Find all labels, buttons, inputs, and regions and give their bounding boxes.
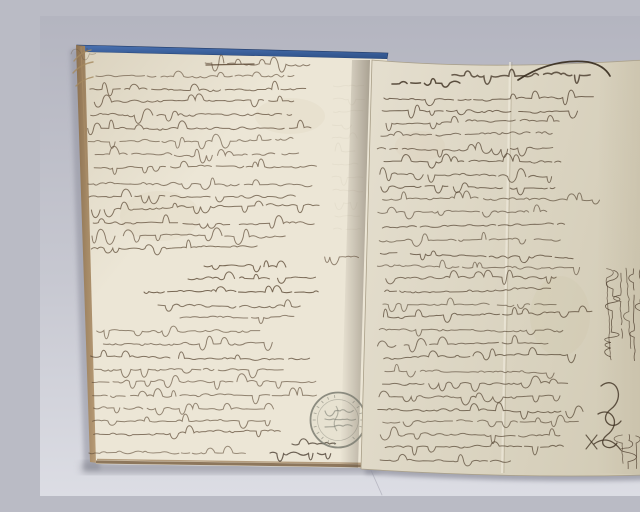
foxing-spot <box>530 276 590 356</box>
manuscript-photo <box>40 16 640 496</box>
loose-sheet <box>361 59 640 481</box>
foxing-spot <box>120 191 200 241</box>
bound-volume <box>70 45 388 473</box>
circular-ink-stamp <box>311 393 366 448</box>
photo-canvas <box>40 16 640 496</box>
